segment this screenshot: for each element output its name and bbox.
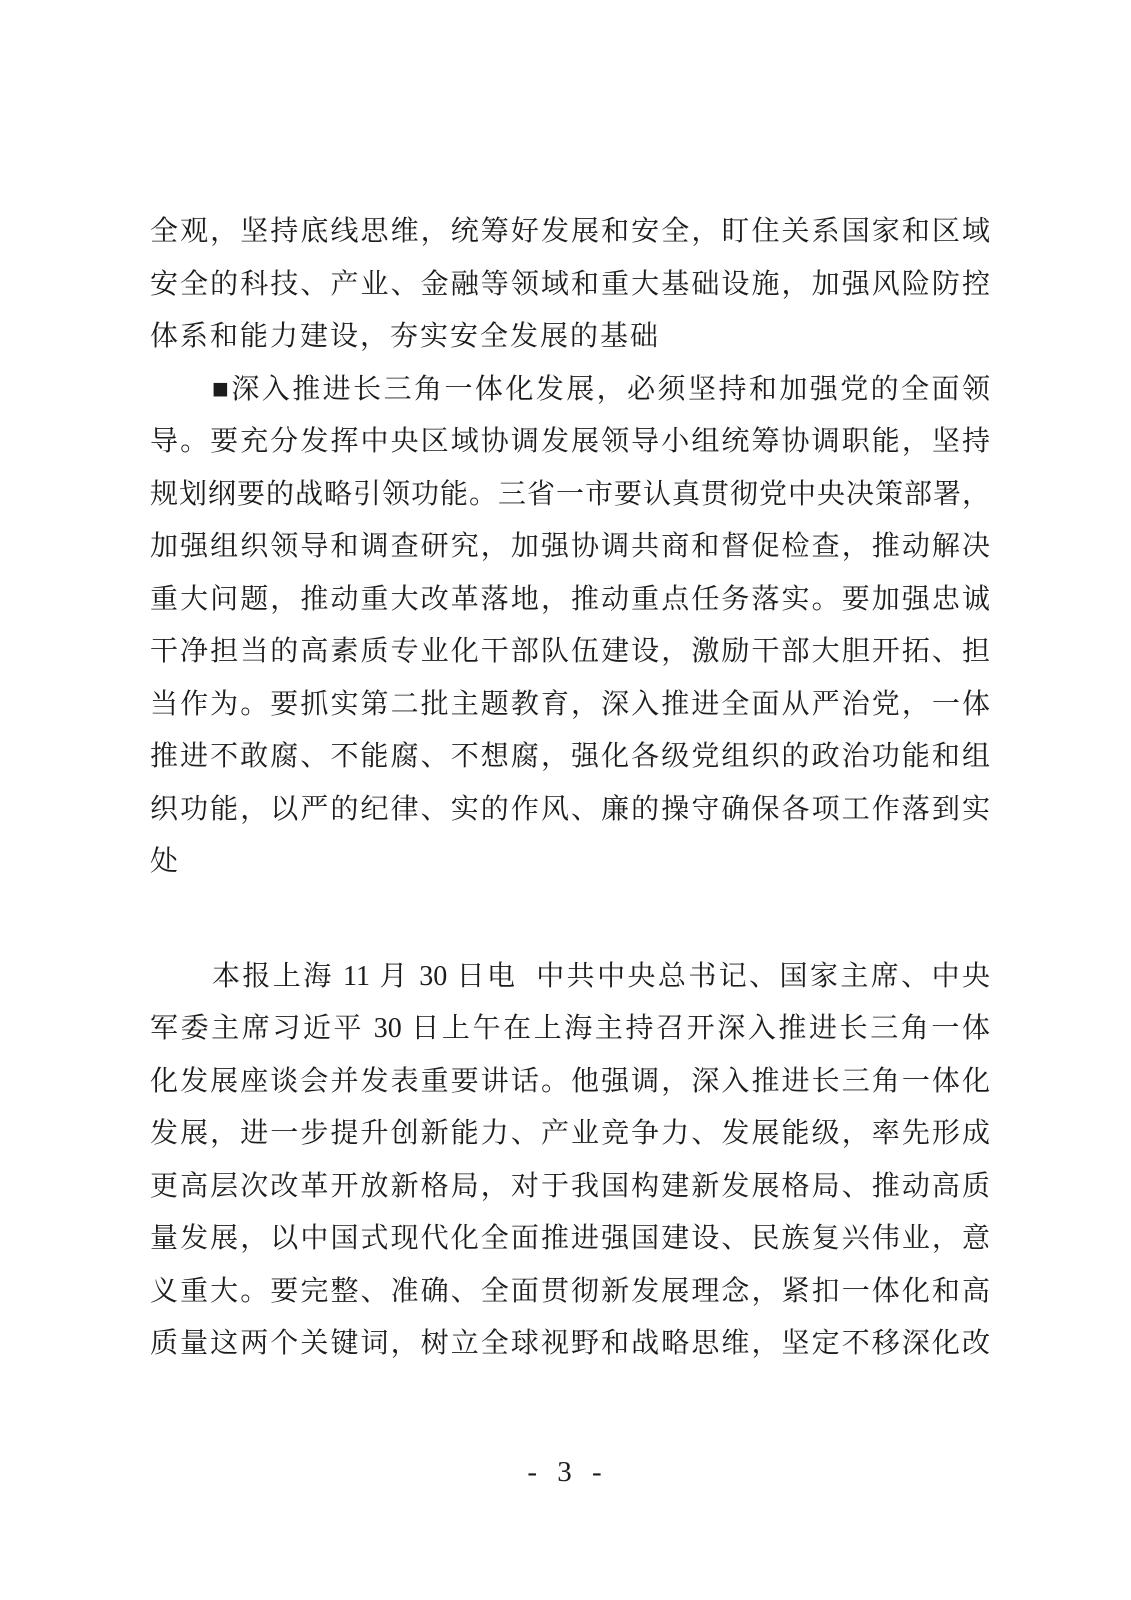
text-line: 处 <box>150 836 990 889</box>
document-body: 全观，坚持底线思维，统筹好发展和安全，盯住关系国家和区域 安全的科技、产业、金融… <box>150 206 990 1371</box>
paragraph: 本报上海 11 月 30 日电 中共中央总书记、国家主席、中央 军委主席习近平 … <box>150 951 990 1371</box>
text-line: 量发展，以中国式现代化全面推进强国建设、民族复兴伟业，意 <box>150 1213 990 1266</box>
text-line: 当作为。要抓实第二批主题教育，深入推进全面从严治党，一体 <box>150 679 990 732</box>
text-line: 加强组织领导和调查研究，加强协调共商和督促检查，推动解决 <box>150 521 990 574</box>
document-page: 全观，坚持底线思维，统筹好发展和安全，盯住关系国家和区域 安全的科技、产业、金融… <box>0 0 1131 1600</box>
paragraph: ■深入推进长三角一体化发展，必须坚持和加强党的全面领 导。要充分发挥中央区域协调… <box>150 364 990 889</box>
text-line: 化发展座谈会并发表重要讲话。他强调，深入推进长三角一体化 <box>150 1056 990 1109</box>
paragraph-gap <box>150 889 990 951</box>
text-line: 发展，进一步提升创新能力、产业竞争力、发展能级，率先形成 <box>150 1108 990 1161</box>
text-line: 规划纲要的战略引领功能。三省一市要认真贯彻党中央决策部署， <box>150 469 990 522</box>
text-line: ■深入推进长三角一体化发展，必须坚持和加强党的全面领 <box>150 364 990 417</box>
text-line: 体系和能力建设，夯实安全发展的基础 <box>150 311 990 364</box>
text-line: 织功能，以严的纪律、实的作风、廉的操守确保各项工作落到实 <box>150 784 990 837</box>
text-line: 安全的科技、产业、金融等领域和重大基础设施，加强风险防控 <box>150 259 990 312</box>
text-line: 更高层次改革开放新格局，对于我国构建新发展格局、推动高质 <box>150 1161 990 1214</box>
text-line: 推进不敢腐、不能腐、不想腐，强化各级党组织的政治功能和组 <box>150 731 990 784</box>
text-line: 干净担当的高素质专业化干部队伍建设，激励干部大胆开拓、担 <box>150 626 990 679</box>
paragraph: 全观，坚持底线思维，统筹好发展和安全，盯住关系国家和区域 安全的科技、产业、金融… <box>150 206 990 364</box>
text-line: 军委主席习近平 30 日上午在上海主持召开深入推进长三角一体 <box>150 1003 990 1056</box>
text-line: 导。要充分发挥中央区域协调发展领导小组统筹协调职能，坚持 <box>150 416 990 469</box>
page-number: - 3 - <box>0 1452 1131 1492</box>
text-line: 本报上海 11 月 30 日电 中共中央总书记、国家主席、中央 <box>150 951 990 1004</box>
text-line: 义重大。要完整、准确、全面贯彻新发展理念，紧扣一体化和高 <box>150 1266 990 1319</box>
text-line: 全观，坚持底线思维，统筹好发展和安全，盯住关系国家和区域 <box>150 206 990 259</box>
text-line: 质量这两个关键词，树立全球视野和战略思维，坚定不移深化改 <box>150 1318 990 1371</box>
text-line: 重大问题，推动重大改革落地，推动重点任务落实。要加强忠诚 <box>150 574 990 627</box>
